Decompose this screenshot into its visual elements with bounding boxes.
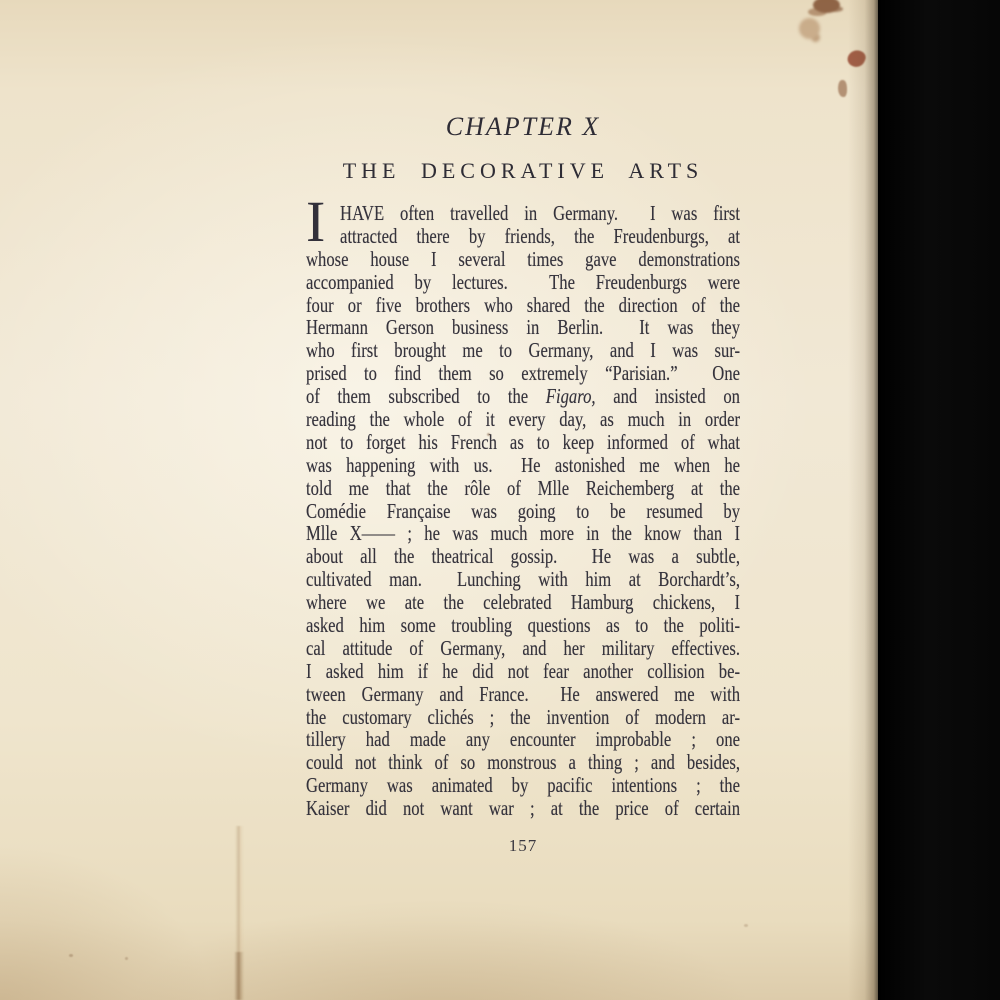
text-line: Hermann Gerson business in Berlin. It wa… <box>306 316 740 339</box>
text-segment: and insisted on <box>596 385 740 408</box>
text-line: not to forget his French as to keep info… <box>306 431 740 454</box>
text-line: accompanied by lectures. The Freudenburg… <box>306 271 740 294</box>
text-line: the customary clichés ; the invention of… <box>306 706 740 729</box>
text-line: reading the whole of it every day, as mu… <box>306 408 740 431</box>
text-line: tween Germany and France. He answered me… <box>306 683 740 706</box>
italic-text: Figaro, <box>546 385 596 408</box>
text-line: of them subscribed to the Figaro, and in… <box>306 385 740 408</box>
text-line: asked him some troubling questions as to… <box>306 614 740 637</box>
foxing-stain <box>838 80 847 97</box>
text-line: told me that the rôle of Mlle Reichember… <box>306 477 740 500</box>
paper-speck <box>69 954 73 957</box>
text-line: Comédie Française was going to be resume… <box>306 500 740 523</box>
chapter-heading: CHAPTER X <box>306 112 740 142</box>
text-line: where we ate the celebrated Hamburg chic… <box>306 591 740 614</box>
page-fore-edge-shadow <box>848 0 878 1000</box>
book-photo: CHAPTER X THE DECORATIVE ARTS I HAVE oft… <box>0 0 1000 1000</box>
page-crease-shadow <box>234 952 244 1000</box>
text-line: Kaiser did not want war ; at the price o… <box>306 797 740 820</box>
body-text: HAVE often travelled in Germany. I was f… <box>306 202 740 822</box>
text-line: tillery had made any encounter improbabl… <box>306 728 740 751</box>
text-line: Mlle X—— ; he was much more in the know … <box>306 522 740 545</box>
text-line: about all the theatrical gossip. He was … <box>306 545 740 568</box>
page-title: THE DECORATIVE ARTS <box>286 158 760 184</box>
paper-speck <box>744 924 748 927</box>
foxing-stain <box>813 0 840 13</box>
text-line: cultivated man. Lunching with him at Bor… <box>306 568 740 591</box>
text-line: HAVE often travelled in Germany. I was f… <box>306 202 740 225</box>
text-line: could not think of so monstrous a thing … <box>306 751 740 774</box>
text-line: was happening with us. He astonished me … <box>306 454 740 477</box>
text-line: whose house I several times gave demonst… <box>306 248 740 271</box>
text-line: prised to find them so extremely “Parisi… <box>306 362 740 385</box>
book-page: CHAPTER X THE DECORATIVE ARTS I HAVE oft… <box>0 0 878 1000</box>
body-lines: HAVE often travelled in Germany. I was f… <box>306 202 740 820</box>
background-void <box>878 0 1000 1000</box>
text-line: attracted there by friends, the Freudenb… <box>306 225 740 248</box>
page-number: 157 <box>306 836 740 856</box>
text-segment: of them subscribed to the <box>306 385 546 408</box>
paper-speck <box>125 957 128 960</box>
foxing-stain <box>799 18 820 39</box>
text-line: who first brought me to Germany, and I w… <box>306 339 740 362</box>
paper-speck <box>487 433 490 436</box>
text-line: I asked him if he did not fear another c… <box>306 660 740 683</box>
text-line: four or five brothers who shared the dir… <box>306 294 740 317</box>
text-line: Germany was animated by pacific intentio… <box>306 774 740 797</box>
text-line: cal attitude of Germany, and her militar… <box>306 637 740 660</box>
